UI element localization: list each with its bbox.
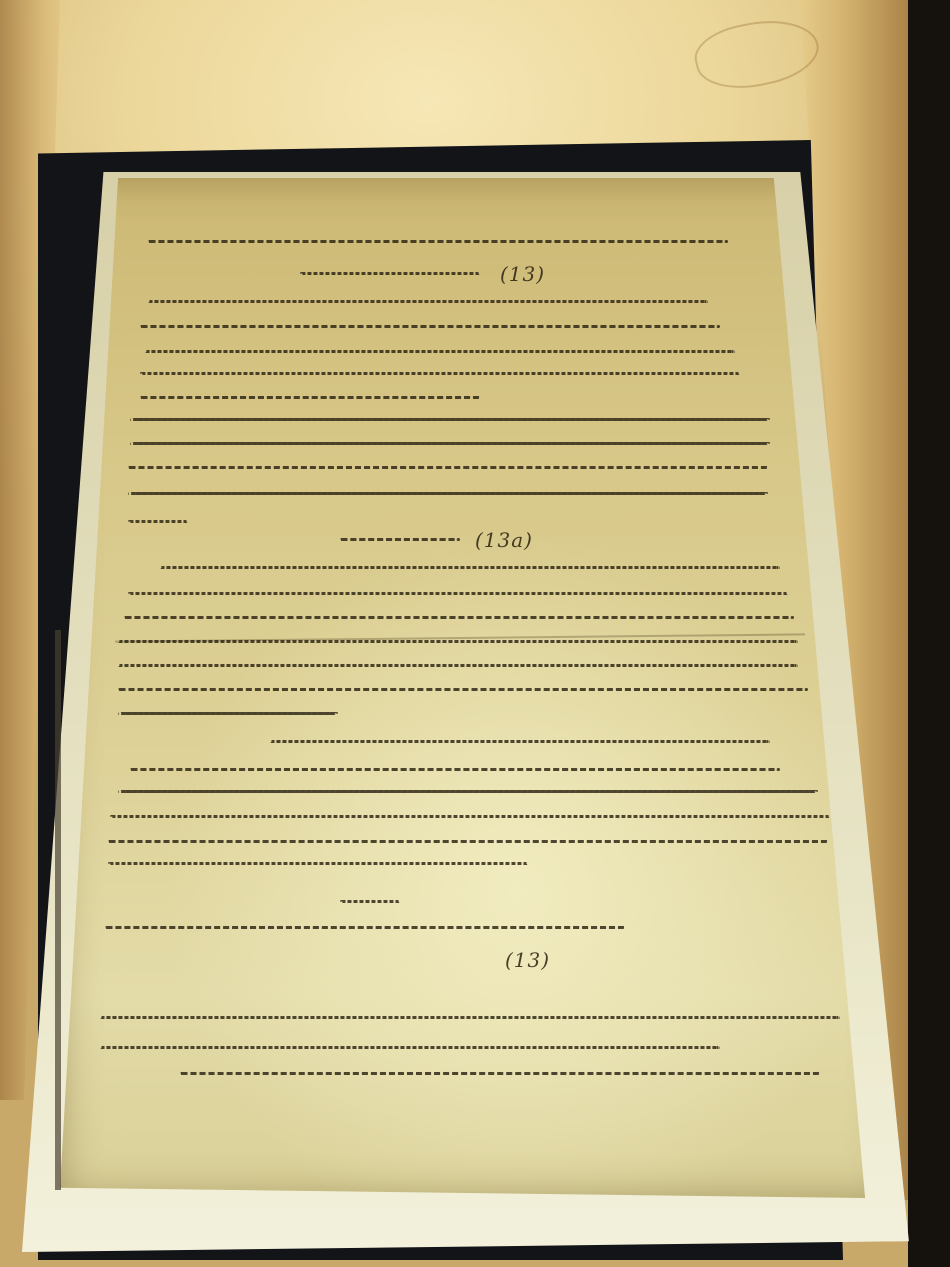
handwriting-line <box>100 1016 840 1019</box>
handwriting-line <box>340 538 460 541</box>
handwriting-line <box>118 664 798 667</box>
handwriting-line <box>148 300 708 303</box>
handwriting-line <box>148 240 728 243</box>
handwriting-line <box>270 740 770 743</box>
handwriting-line <box>128 466 768 469</box>
equation-label: (13) <box>500 262 545 286</box>
sheet-edge-shadow <box>55 630 61 1190</box>
handwriting-line <box>145 350 735 353</box>
handwriting-line <box>118 712 338 715</box>
display-case-frame-edge <box>908 0 950 1267</box>
handwriting-line <box>128 520 188 523</box>
handwriting-line <box>108 840 828 843</box>
handwriting-line <box>118 640 798 643</box>
handwriting-line <box>340 900 400 903</box>
handwriting-line <box>118 790 818 793</box>
handwriting-line <box>100 1046 720 1049</box>
handwriting-line <box>128 492 768 495</box>
handwriting-line <box>180 1072 820 1075</box>
handwriting-line <box>130 768 780 771</box>
handwriting-line <box>110 815 830 818</box>
handwriting-line <box>124 616 794 619</box>
handwriting-line <box>108 862 528 865</box>
handwriting-line <box>130 442 770 445</box>
handwriting-line <box>130 418 770 421</box>
handwriting-line <box>160 566 780 569</box>
handwriting-line <box>118 688 808 691</box>
equation-label: (13a) <box>475 528 533 552</box>
handwriting-line <box>128 592 788 595</box>
handwriting-line <box>105 926 625 929</box>
handwriting-line <box>300 272 480 275</box>
equation-label: (13) <box>505 948 550 972</box>
handwriting-line <box>140 396 480 399</box>
handwriting-line <box>140 325 720 328</box>
handwriting-line <box>140 372 740 375</box>
